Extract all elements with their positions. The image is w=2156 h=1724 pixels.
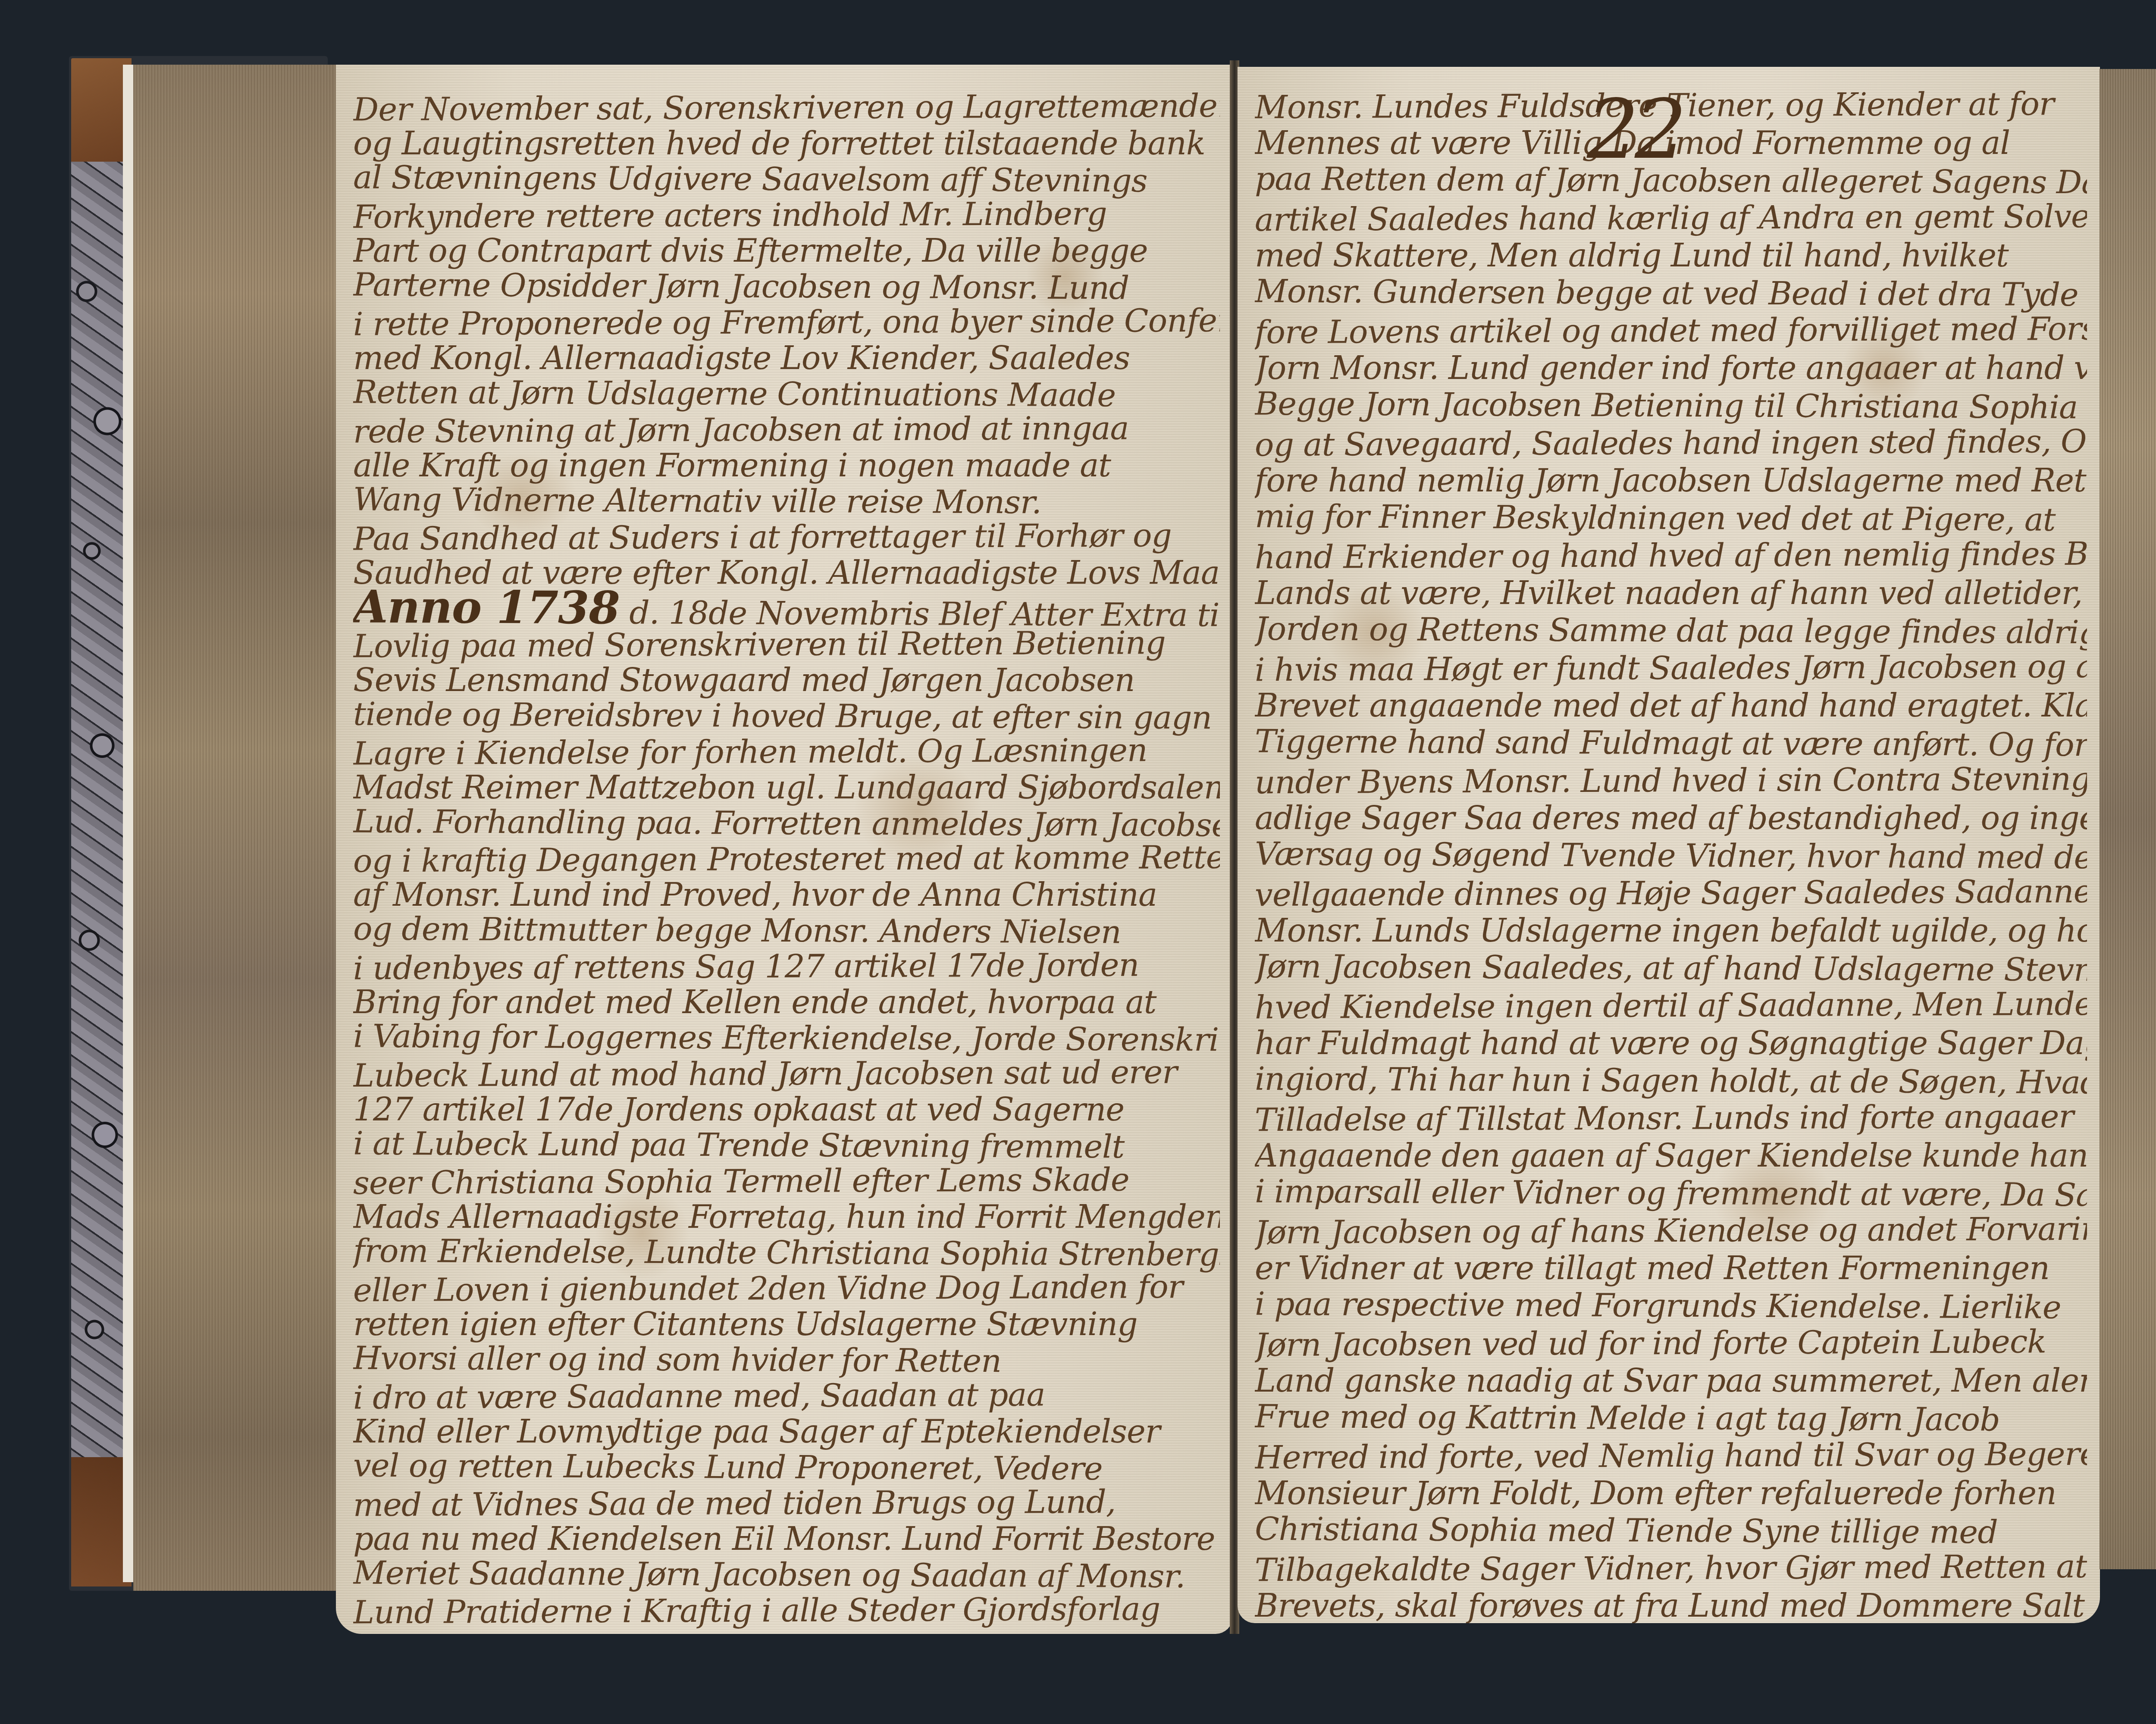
- handwritten-line: Brevets, skal forøves at fra Lund med Do…: [1255, 1580, 2087, 1623]
- leather-corner-top: [71, 58, 132, 162]
- page-edges-left: [133, 65, 336, 1591]
- leather-corner-bottom: [71, 1457, 132, 1586]
- page-number: 22: [1587, 82, 1683, 177]
- flyleaf-edge: [123, 65, 134, 1582]
- right-page: Monsr. Lundes Fuldsdere Tiener, og Kiend…: [1238, 67, 2100, 1623]
- left-page: Der November sat, Sorenskriveren og Lagr…: [336, 65, 1233, 1634]
- page-edges-right: [2100, 69, 2156, 1569]
- handwritten-line: Lund Pratiderne i Kraftig i alle Steder …: [353, 1583, 1220, 1634]
- marbled-paper-cover: [71, 162, 123, 1459]
